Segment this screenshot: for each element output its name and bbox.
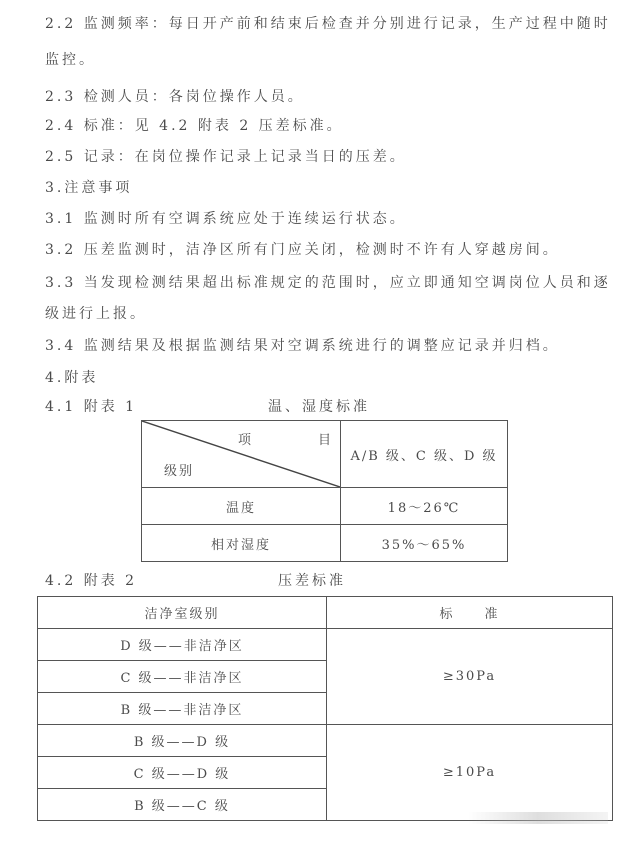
- row-grade: D 级——非洁净区: [38, 629, 327, 661]
- table-header-row: 洁净室级别 标 准: [38, 597, 613, 629]
- header-item-left: 项: [238, 429, 253, 448]
- table-row: B 级——D 级 ≥10Pa: [38, 725, 613, 757]
- table-row: D 级——非洁净区 ≥30Pa: [38, 629, 613, 661]
- diagonal-header-cell: 项 目 级别: [142, 421, 341, 488]
- table1-label: 4.1 附表 1: [45, 397, 137, 417]
- row-value: 18～26℃: [341, 488, 508, 525]
- standard-value: ≥10Pa: [327, 725, 613, 821]
- header-cleanroom-grade: 洁净室级别: [38, 597, 327, 629]
- row-grade: C 级——非洁净区: [38, 661, 327, 693]
- table-row: 温度 18～26℃: [142, 488, 508, 525]
- header-standard: 标 准: [327, 597, 613, 629]
- header-grade: 级别: [164, 460, 194, 479]
- paragraph-2-3: 2.3 检测人员：各岗位操作人员。: [45, 87, 305, 107]
- watermark: [468, 812, 608, 824]
- table-row: 相对湿度 35%～65%: [142, 525, 508, 562]
- paragraph-3-4: 3.4 监测结果及根据监测结果对空调系统进行的调整应记录并归档。: [45, 336, 560, 356]
- paragraph-2-2-cont: 监控。: [45, 50, 96, 70]
- row-grade: C 级——D 级: [38, 757, 327, 789]
- paragraph-2-2: 2.2 监测频率：每日开产前和结束后检查并分别进行记录，生产过程中随时: [45, 14, 611, 34]
- row-grade: B 级——非洁净区: [38, 693, 327, 725]
- row-item: 相对湿度: [142, 525, 341, 562]
- standard-value: ≥30Pa: [327, 629, 613, 725]
- paragraph-3-3-cont: 级进行上报。: [45, 304, 147, 324]
- table1-title: 温、湿度标准: [268, 397, 370, 417]
- row-item: 温度: [142, 488, 341, 525]
- row-grade: B 级——D 级: [38, 725, 327, 757]
- table2-title: 压差标准: [278, 571, 346, 591]
- paragraph-3-2: 3.2 压差监测时，洁净区所有门应关闭，检测时不许有人穿越房间。: [45, 240, 560, 260]
- table-header-row: 项 目 级别 A/B 级、C 级、D 级: [142, 421, 508, 488]
- paragraph-2-4: 2.4 标准：见 4.2 附表 2 压差标准。: [45, 116, 344, 136]
- paragraph-2-5: 2.5 记录：在岗位操作记录上记录当日的压差。: [45, 147, 407, 167]
- row-value: 35%～65%: [341, 525, 508, 562]
- section-3-heading: 3.注意事项: [45, 178, 132, 198]
- table2-label: 4.2 附表 2: [45, 571, 137, 591]
- row-grade: B 级——C 级: [38, 789, 327, 821]
- paragraph-3-1: 3.1 监测时所有空调系统应处于连续运行状态。: [45, 209, 407, 229]
- pressure-difference-table: 洁净室级别 标 准 D 级——非洁净区 ≥30Pa C 级——非洁净区 B 级—…: [37, 596, 613, 821]
- section-4-heading: 4.附表: [45, 368, 98, 388]
- header-grades: A/B 级、C 级、D 级: [341, 421, 508, 488]
- temperature-humidity-table: 项 目 级别 A/B 级、C 级、D 级 温度 18～26℃ 相对湿度 35%～…: [141, 420, 508, 562]
- paragraph-3-3: 3.3 当发现检测结果超出标准规定的范围时，应立即通知空调岗位人员和逐: [45, 273, 611, 293]
- header-item-right: 目: [318, 429, 333, 448]
